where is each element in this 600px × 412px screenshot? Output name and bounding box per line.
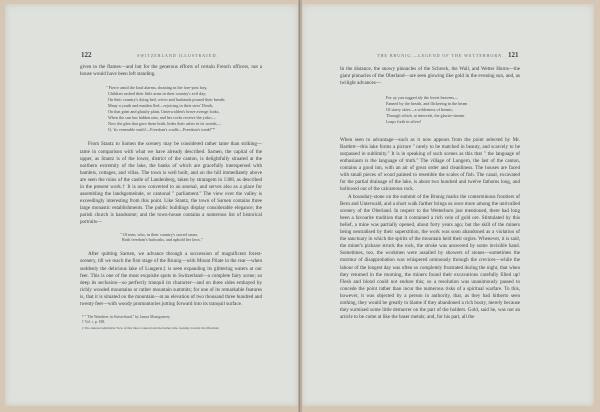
left-opening-text: given to the flames—and but for the gene…: [80, 64, 262, 78]
right-paragraph: When seen to advantage—such as it now ap…: [340, 137, 520, 194]
verse-line: Both freedom's bulwarks, and uphold her …: [120, 237, 262, 243]
verse-line: O, 'tis venerable earth!—Freedom's cradl…: [106, 127, 262, 133]
left-verse-block-2: " Of men, who, in their country's sacred…: [120, 232, 262, 244]
right-page-number: 121: [508, 51, 519, 59]
left-footnotes: * " The Wanderer in Switzerland," by Jam…: [82, 315, 264, 331]
right-verse-block: For ay you tugged aly the forest heavens…: [386, 95, 520, 125]
footnote: ‡ The annexed admirable View of this lak…: [82, 326, 264, 331]
left-page-number: 122: [81, 51, 92, 59]
book-spread-scan: 122 Switzerland Illustrated. given to th…: [0, 0, 600, 412]
left-verse-block: " Fierce amid the loud alarms, shouting …: [106, 85, 262, 132]
right-page-body: In the distance, the snowy pinnacles of …: [340, 66, 520, 321]
right-paragraph: A boundary-stone on the summit of the Br…: [340, 194, 520, 322]
right-opening-text: In the distance, the snowy pinnacles of …: [340, 66, 520, 87]
left-running-head: Switzerland Illustrated.: [137, 53, 218, 58]
left-paragraph: From Stantz to Sarnen the scenery may be…: [80, 141, 262, 226]
left-page-body: given to the flames—and but for the gene…: [80, 64, 262, 308]
left-paragraph: After quitting Sarnen, we advance throug…: [80, 251, 262, 308]
verse-line: Leaps forth in silver!: [386, 119, 520, 125]
right-running-head: The Brunig.—Legend of the Wetterhorn.: [377, 53, 504, 58]
